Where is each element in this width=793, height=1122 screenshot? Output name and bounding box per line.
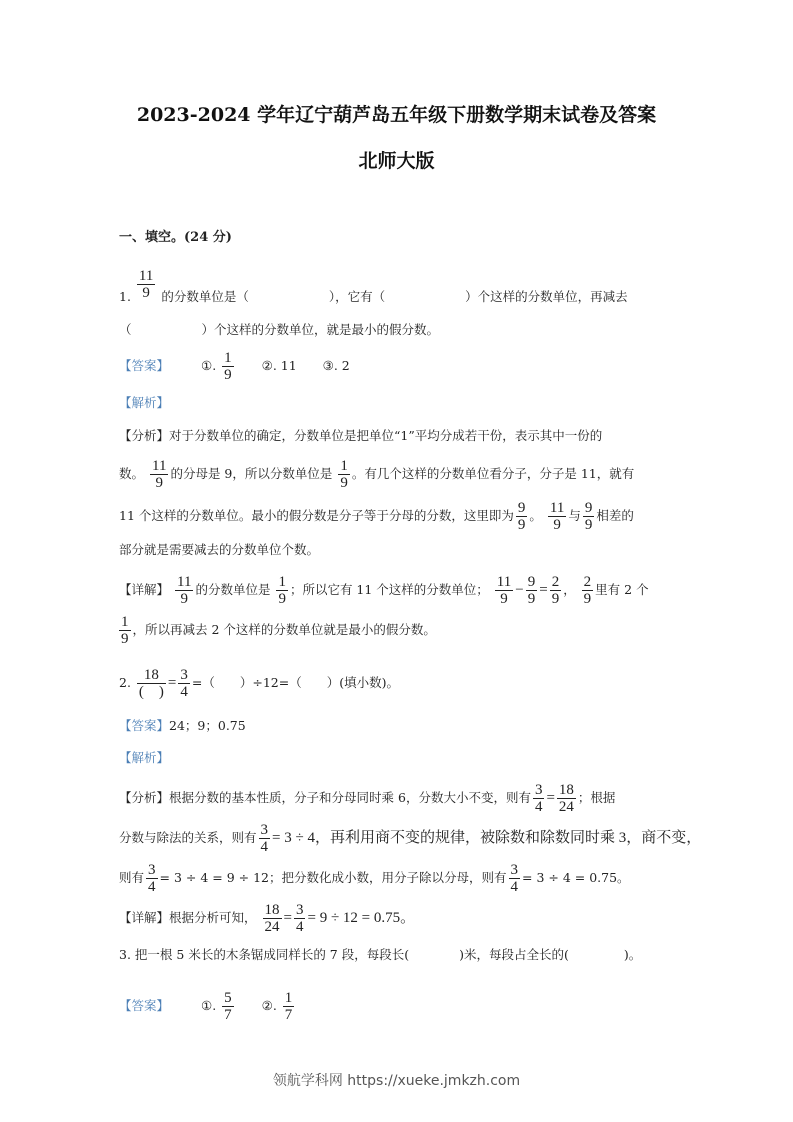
question-2: 2. 18( )=34=（ ）÷12=（ ）(填小数)。 [119, 667, 399, 700]
question-number: 1. [119, 289, 131, 304]
detail-2: 【详解】根据分析可知， 1824=34= 9 ÷ 12 = 0.75。 [119, 902, 415, 935]
question-1-line2: （）个这样的分数单位，就是最小的假分数。 [119, 320, 439, 340]
fenxi-2-line1: 【分析】根据分数的基本性质，分子和分母同时乘 6，分数大小不变，则有34=182… [119, 782, 615, 815]
fenxi-2-line3: 则有34= 3 ÷ 4 = 9 ÷ 12；把分数化成小数，用分子除以分母，则有3… [119, 862, 630, 895]
analysis-label-2: 【解析】 [119, 748, 169, 768]
fenxi-1-line2: 数。 119的分母是 9，所以分数单位是 19。有几个这样的分数单位看分子，分子… [119, 458, 634, 491]
fraction: 119 [137, 268, 155, 301]
analysis-label: 【解析】 [119, 393, 169, 413]
fenxi-2-line2: 分数与除法的关系，则有34= 3 ÷ 4，再利用商不变的规律，被除数和除数同时乘… [119, 822, 701, 855]
fenxi-1-line3: 11 个这样的分数单位。最小的假分数是分子等于分母的分数，这里即为99。 119… [119, 500, 634, 533]
answer-3: 【答案】 ①. 57 ②. 17 [119, 990, 296, 1023]
detail-1-line2: 19，所以再减去 2 个这样的分数单位就是最小的假分数。 [119, 614, 436, 647]
fenxi-1-line1: 【分析】对于分数单位的确定，分数单位是把单位“1”平均分成若干份，表示其中一份的 [119, 426, 602, 446]
question-3: 3. 把一根 5 米长的木条锯成同样长的 7 段，每段长()米，每段占全长的()… [119, 945, 641, 965]
detail-1-line1: 【详解】 119的分数单位是 19；所以它有 11 个这样的分数单位； 119−… [119, 574, 649, 607]
fraction: 19 [222, 350, 234, 383]
footer-watermark: 领航学科网 https://xueke.jmkzh.com [0, 1070, 793, 1090]
answer-2: 【答案】24；9；0.75 [119, 716, 246, 736]
fenxi-1-line4: 部分就是需要减去的分数单位个数。 [119, 540, 319, 560]
answer-label: 【答案】 [119, 358, 169, 373]
document-page: 2023-2024 学年辽宁葫芦岛五年级下册数学期末试卷及答案 北师大版 一、填… [0, 0, 793, 1122]
document-subtitle: 北师大版 [0, 146, 793, 173]
question-1: 1. 119 的分数单位是（），它有（）个这样的分数单位，再减去 [119, 268, 628, 307]
document-title: 2023-2024 学年辽宁葫芦岛五年级下册数学期末试卷及答案 [0, 100, 793, 127]
answer-1: 【答案】 ①. 19 ②. 11 ③. 2 [119, 350, 350, 383]
section-heading-fill-blank: 一、填空。(24 分) [119, 228, 232, 248]
